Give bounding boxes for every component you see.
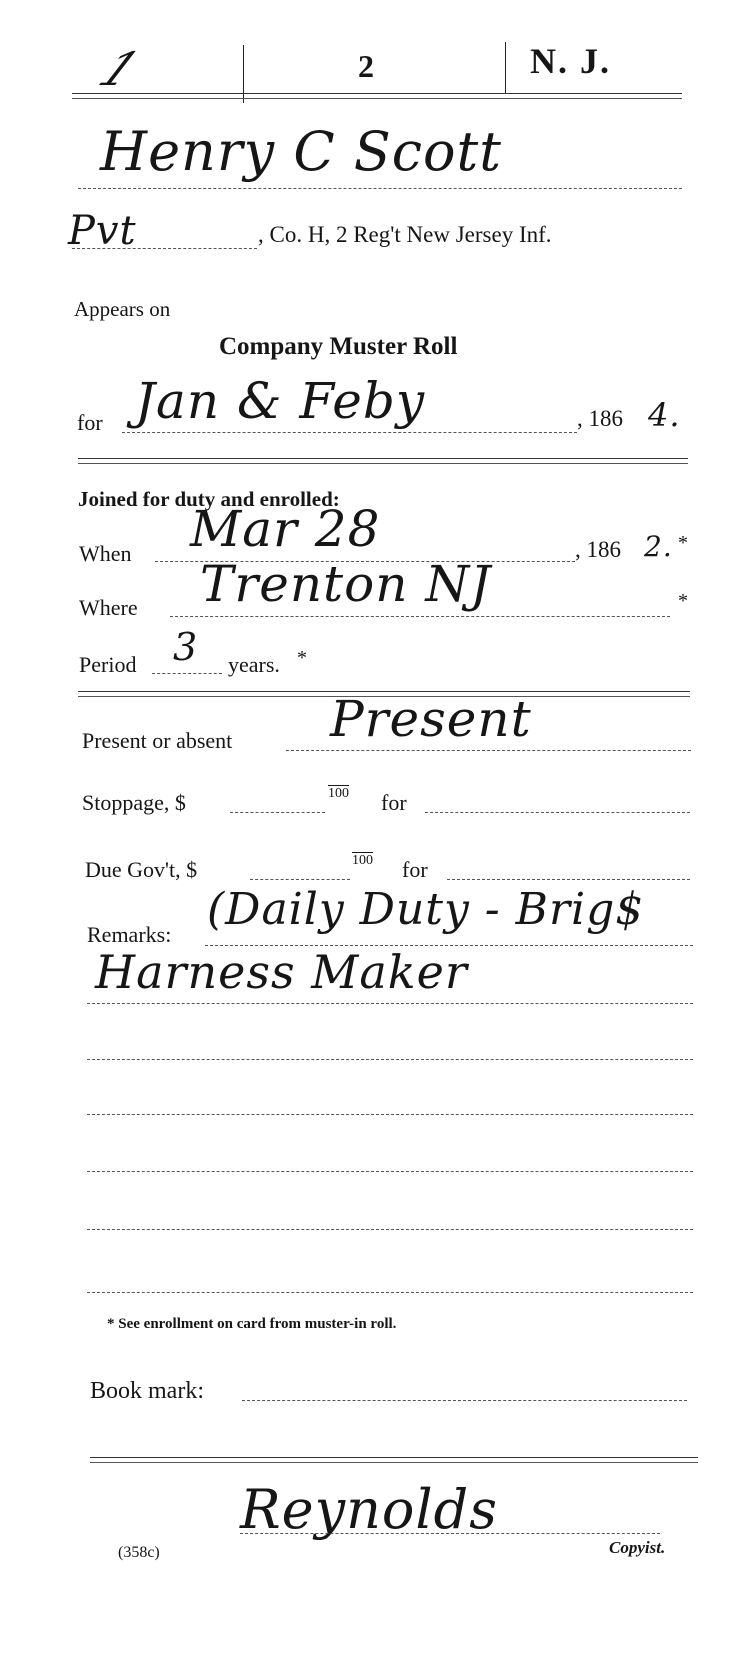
stoppage-for-label: for <box>381 790 407 816</box>
name-line <box>78 188 682 189</box>
header-divider-right <box>505 42 506 94</box>
regiment-number: 2 <box>358 48 374 85</box>
appears-on-label: Appears on <box>74 297 170 322</box>
copyist-label: Copyist. <box>609 1538 665 1558</box>
present-absent-value: Present <box>330 690 532 748</box>
due-govt-label: Due Gov't, $ <box>85 857 197 883</box>
remarks-line-4 <box>87 1114 693 1115</box>
soldier-name: Henry C Scott <box>100 120 502 183</box>
footnote: * See enrollment on card from muster-in … <box>107 1316 396 1333</box>
period-label: Period <box>79 652 136 678</box>
due-govt-for-line <box>447 879 690 880</box>
where-value: Trenton NJ <box>200 555 491 613</box>
when-year-suffix: 2. <box>644 530 673 563</box>
roll-period-year-suffix: 4. <box>648 396 681 434</box>
unit-text: , Co. H, 2 Reg't New Jersey Inf. <box>258 222 552 248</box>
rank-line <box>72 248 257 249</box>
when-asterisk: * <box>678 532 688 555</box>
remarks-line-7 <box>87 1292 693 1293</box>
card-mark: 1 <box>89 42 150 96</box>
remarks-line-2 <box>87 1003 693 1004</box>
roll-period-value: Jan & Feby <box>135 372 425 430</box>
where-line <box>170 616 670 617</box>
state-code: N. J. <box>530 40 611 82</box>
period-line <box>152 673 222 674</box>
due-govt-for-label: for <box>402 857 428 883</box>
stoppage-cents: 100 <box>328 786 349 808</box>
roll-period-line <box>122 432 577 433</box>
form-number: (358c) <box>118 1544 160 1562</box>
book-mark-line <box>242 1400 687 1401</box>
due-govt-amount-line <box>250 879 350 880</box>
header-rule <box>72 93 682 99</box>
signature-line <box>240 1533 660 1534</box>
remarks-line-5 <box>87 1171 693 1172</box>
when-year-prefix: , 186 <box>575 537 621 563</box>
where-label: Where <box>79 595 138 621</box>
remarks-line-3 <box>87 1059 693 1060</box>
period-value: 3 <box>173 625 198 669</box>
stoppage-amount-line <box>230 812 325 813</box>
period-suffix: years. <box>228 652 280 678</box>
present-absent-line <box>286 750 691 751</box>
roll-period-label: for <box>77 410 103 436</box>
book-mark-label: Book mark: <box>90 1378 204 1405</box>
remarks-line-2-text: Harness Maker <box>95 945 468 999</box>
when-label: When <box>79 541 132 567</box>
roll-title: Company Muster Roll <box>219 333 457 361</box>
where-asterisk: * <box>678 590 688 613</box>
remarks-line-6 <box>87 1229 693 1230</box>
due-govt-cents: 100 <box>352 853 373 875</box>
period-asterisk: * <box>297 647 307 670</box>
when-value: Mar 28 <box>190 500 380 558</box>
roll-period-rule <box>78 458 688 464</box>
copyist-signature: Reynolds <box>240 1478 498 1541</box>
present-absent-label: Present or absent <box>82 728 232 754</box>
stoppage-label: Stoppage, $ <box>82 790 186 816</box>
stoppage-for-line <box>425 812 690 813</box>
book-mark-rule <box>90 1457 698 1463</box>
remarks-line-1-text: (Daily Duty - Brig$ <box>207 884 644 935</box>
roll-period-year-prefix: , 186 <box>577 406 623 432</box>
